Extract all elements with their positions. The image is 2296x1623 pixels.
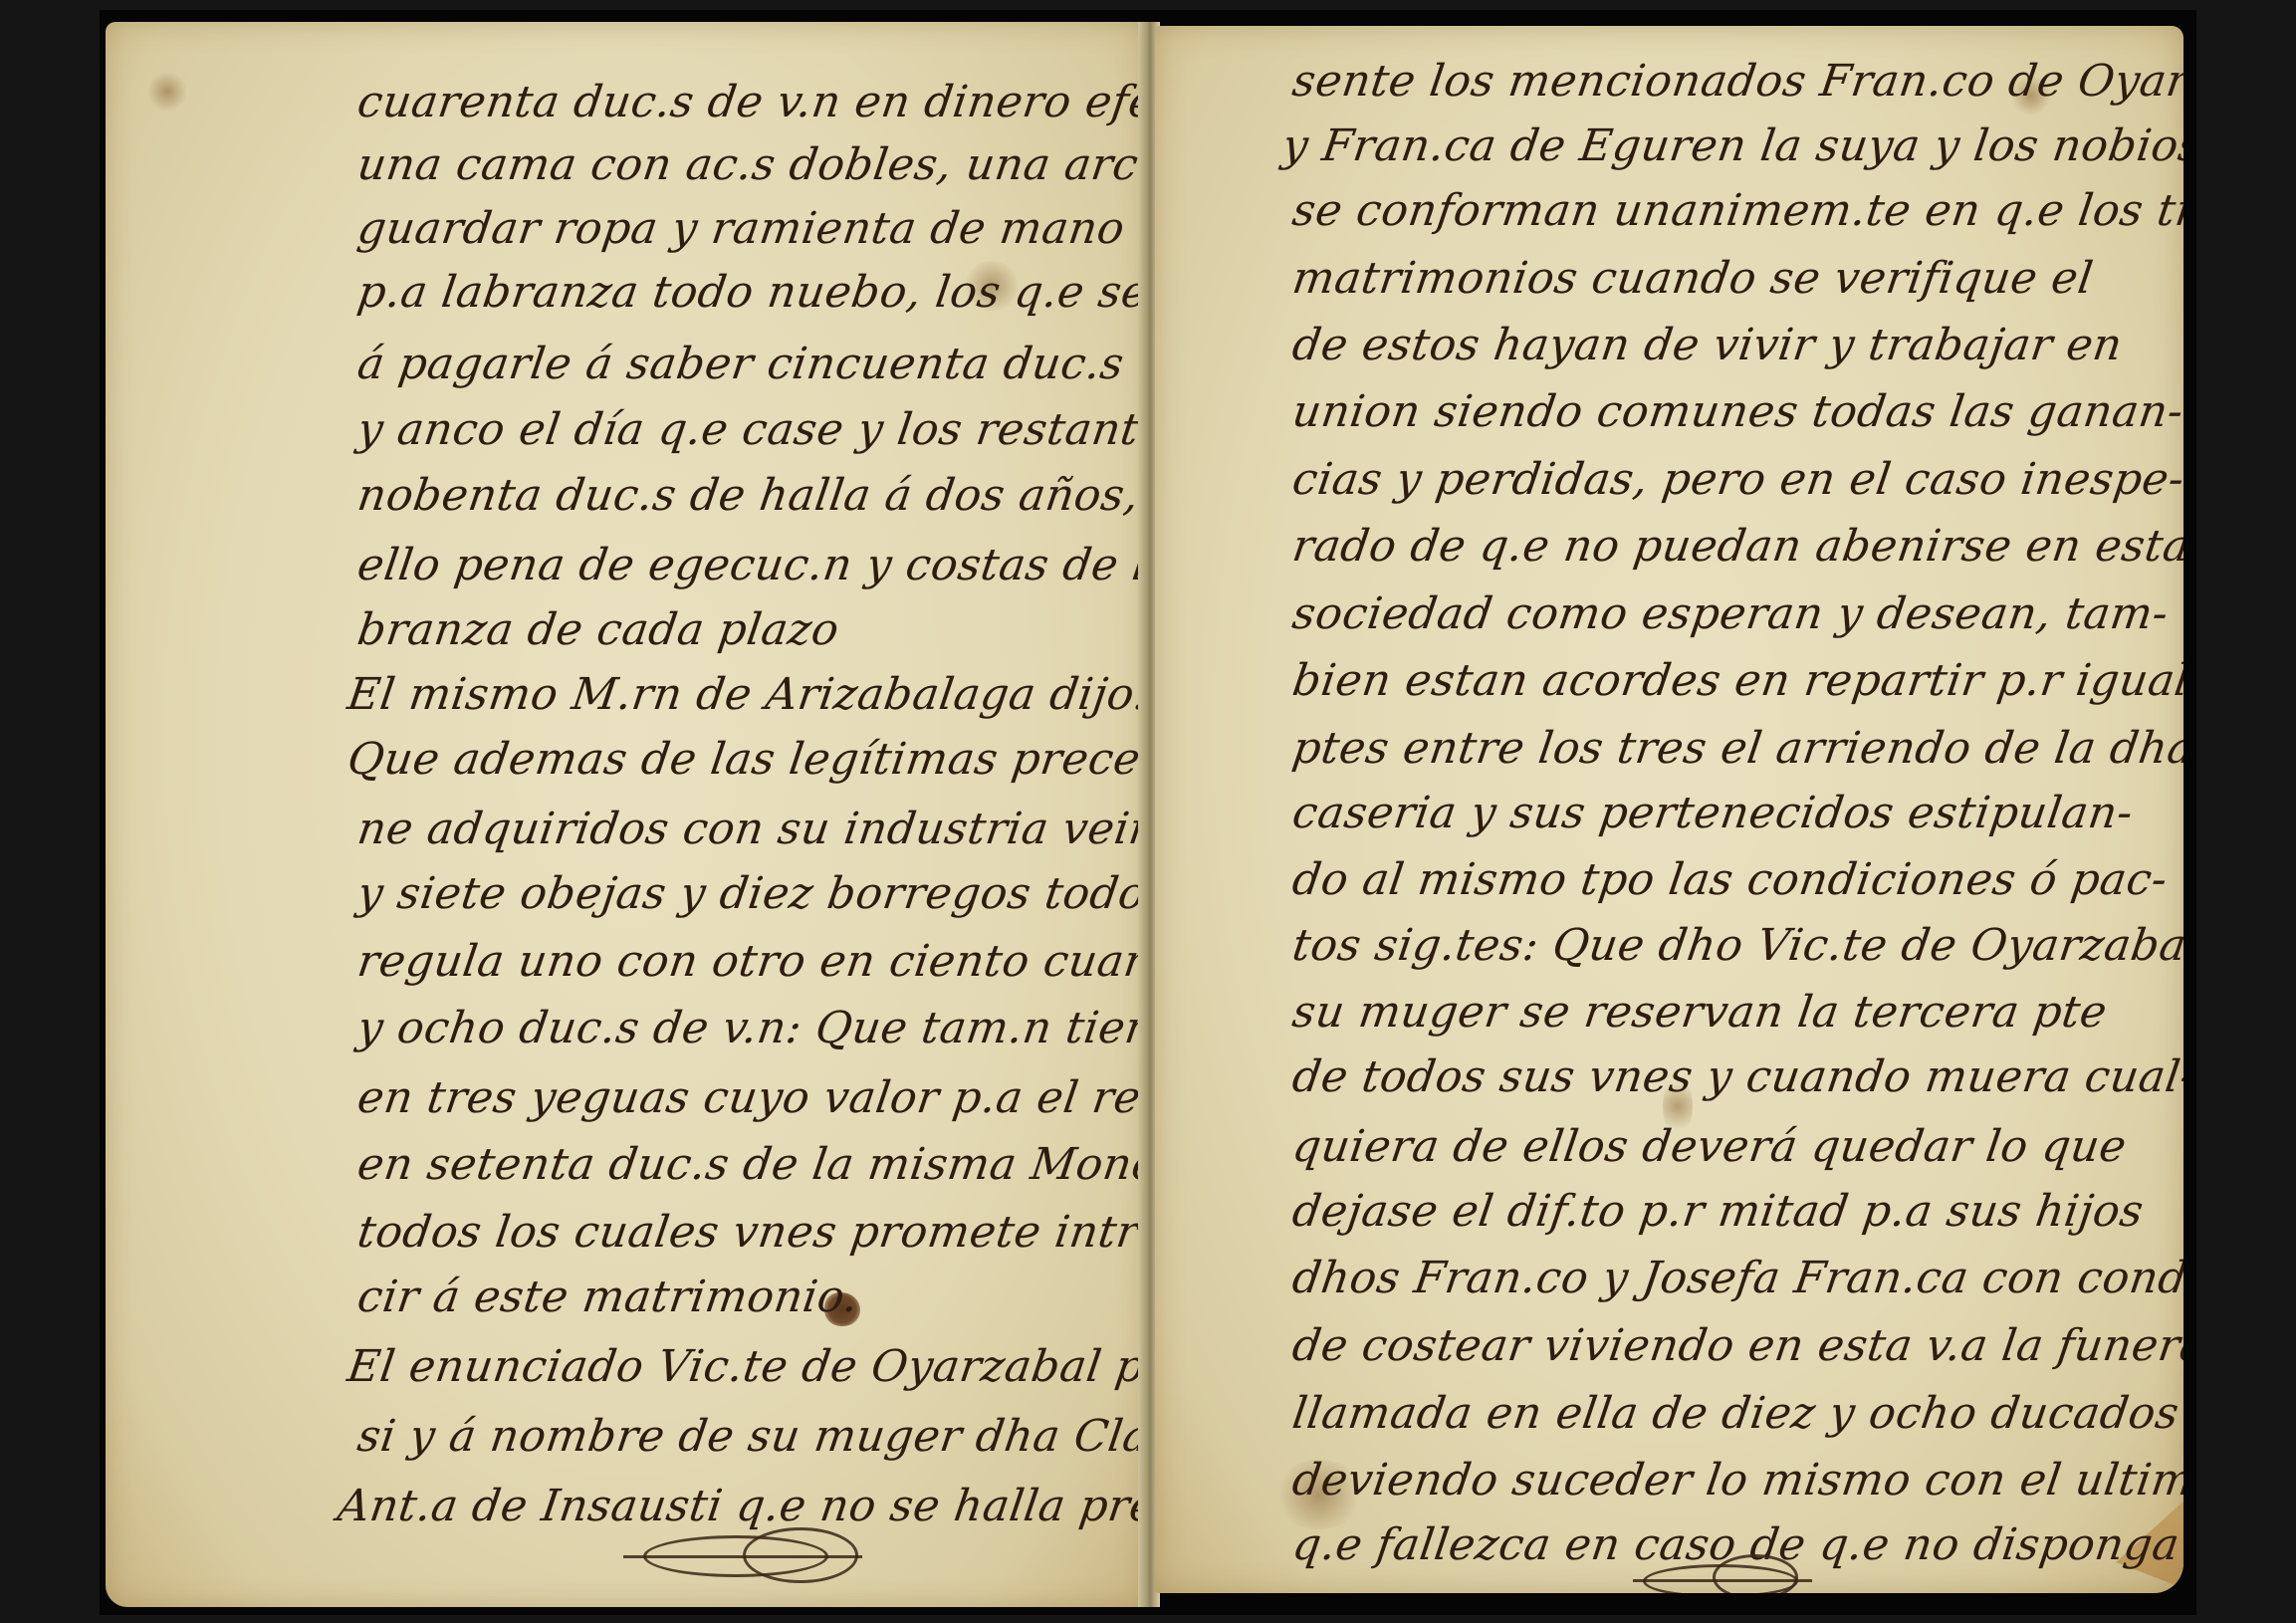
manuscript-line: Que ademas de las legítimas preced.tes t… — [344, 734, 1146, 785]
manuscript-line: nobenta duc.s de halla á dos años, todo — [354, 470, 1146, 521]
right-page: sente los mencionados Fran.co de Oyarzab… — [1155, 26, 2183, 1593]
manuscript-line: cir á este matrimonio. — [354, 1272, 862, 1322]
manuscript-line: sente los mencionados Fran.co de Oyarzab… — [1289, 56, 2183, 107]
manuscript-line: y siete obejas y diez borregos todos lo … — [354, 868, 1146, 919]
manuscript-line: Ant.a de Insausti q.e no se halla pre- — [335, 1481, 1146, 1531]
manuscript-line: de costear viviendo en esta v.a la funer… — [1289, 1320, 2183, 1371]
manuscript-line: quiera de ellos deverá quedar lo que — [1289, 1121, 2130, 1172]
manuscript-line: y Fran.ca de Eguren la suya y los nobios — [1279, 120, 2183, 171]
manuscript-line: cuarenta duc.s de v.n en dinero efectibo… — [354, 77, 1146, 127]
manuscript-line: deviendo suceder lo mismo con el ultimo — [1289, 1455, 2183, 1506]
manuscript-line: ne adquiridos con su industria veinte — [354, 804, 1146, 854]
manuscript-line: se conforman unanimem.te en q.e los tres — [1289, 185, 2183, 236]
manuscript-line: llamada en ella de diez y ocho ducados — [1289, 1388, 2182, 1439]
manuscript-line: una cama con ac.s dobles, una arca de — [354, 139, 1146, 190]
manuscript-line: union siendo comunes todas las ganan- — [1289, 386, 2183, 437]
manuscript-line: rado de q.e no puedan abenirse en esta — [1289, 521, 2183, 572]
manuscript-line: en tres yeguas cuyo valor p.a el regula — [354, 1072, 1146, 1123]
manuscript-line: de estos hayan de vivir y trabajar en — [1289, 320, 2126, 370]
manuscript-line: todos los cuales vnes promete introdu- — [354, 1207, 1146, 1258]
manuscript-line: do al mismo tpo las condiciones ó pac- — [1289, 854, 2171, 905]
manuscript-line: matrimonios cuando se verifique el — [1289, 253, 2096, 304]
manuscript-line: si y á nombre de su muger dha Clara — [354, 1411, 1146, 1462]
document-viewer: cuarenta duc.s de v.n en dinero efectibo… — [0, 0, 2296, 1623]
manuscript-line: su muger se reservan la tercera pte — [1289, 987, 2110, 1038]
manuscript-line: cias y perdidas, pero en el caso inespe- — [1289, 454, 2183, 505]
manuscript-line: y anco el día q.e case y los restantes — [354, 404, 1146, 455]
manuscript-line: branza de cada plazo — [354, 604, 842, 655]
manuscript-line: p.a labranza todo nuebo, los q.e se obli… — [354, 267, 1146, 318]
foxing-stain — [147, 72, 187, 112]
manuscript-line: de todos sus vnes y cuando muera cual- — [1289, 1051, 2183, 1102]
left-page: cuarenta duc.s de v.n en dinero efectibo… — [106, 22, 1146, 1607]
manuscript-line: El enunciado Vic.te de Oyarzabal por — [344, 1341, 1146, 1392]
manuscript-line: ello pena de egecuc.n y costas de la co- — [354, 540, 1146, 590]
manuscript-line: en setenta duc.s de la misma Moneda — [354, 1139, 1146, 1190]
manuscript-line: ptes entre los tres el arriendo de la dh… — [1289, 723, 2183, 774]
manuscript-line: dhos Fran.co y Josefa Fran.ca con condic… — [1289, 1253, 2183, 1303]
manuscript-line: El mismo M.rn de Arizabalaga dijo: — [344, 669, 1146, 720]
manuscript-line: sociedad como esperan y desean, tam- — [1289, 588, 2172, 639]
manuscript-line: bien estan acordes en repartir p.r igual… — [1289, 655, 2183, 706]
manuscript-line: tos sig.tes: Que dho Vic.te de Oyarzabal… — [1289, 920, 2183, 971]
manuscript-line: regula uno con otro en ciento cuarenta — [354, 936, 1146, 987]
manuscript-line: dejase el dif.to p.r mitad p.a sus hijos — [1289, 1186, 2147, 1237]
manuscript-line: á pagarle á saber cincuenta duc.s — [354, 339, 1127, 389]
manuscript-line: guardar ropa y ramienta de mano — [354, 203, 1128, 254]
manuscript-line: y ocho duc.s de v.n: Que tam.n tiene pte — [354, 1003, 1146, 1053]
manuscript-line: caseria y sus pertenecidos estipulan- — [1289, 788, 2136, 838]
